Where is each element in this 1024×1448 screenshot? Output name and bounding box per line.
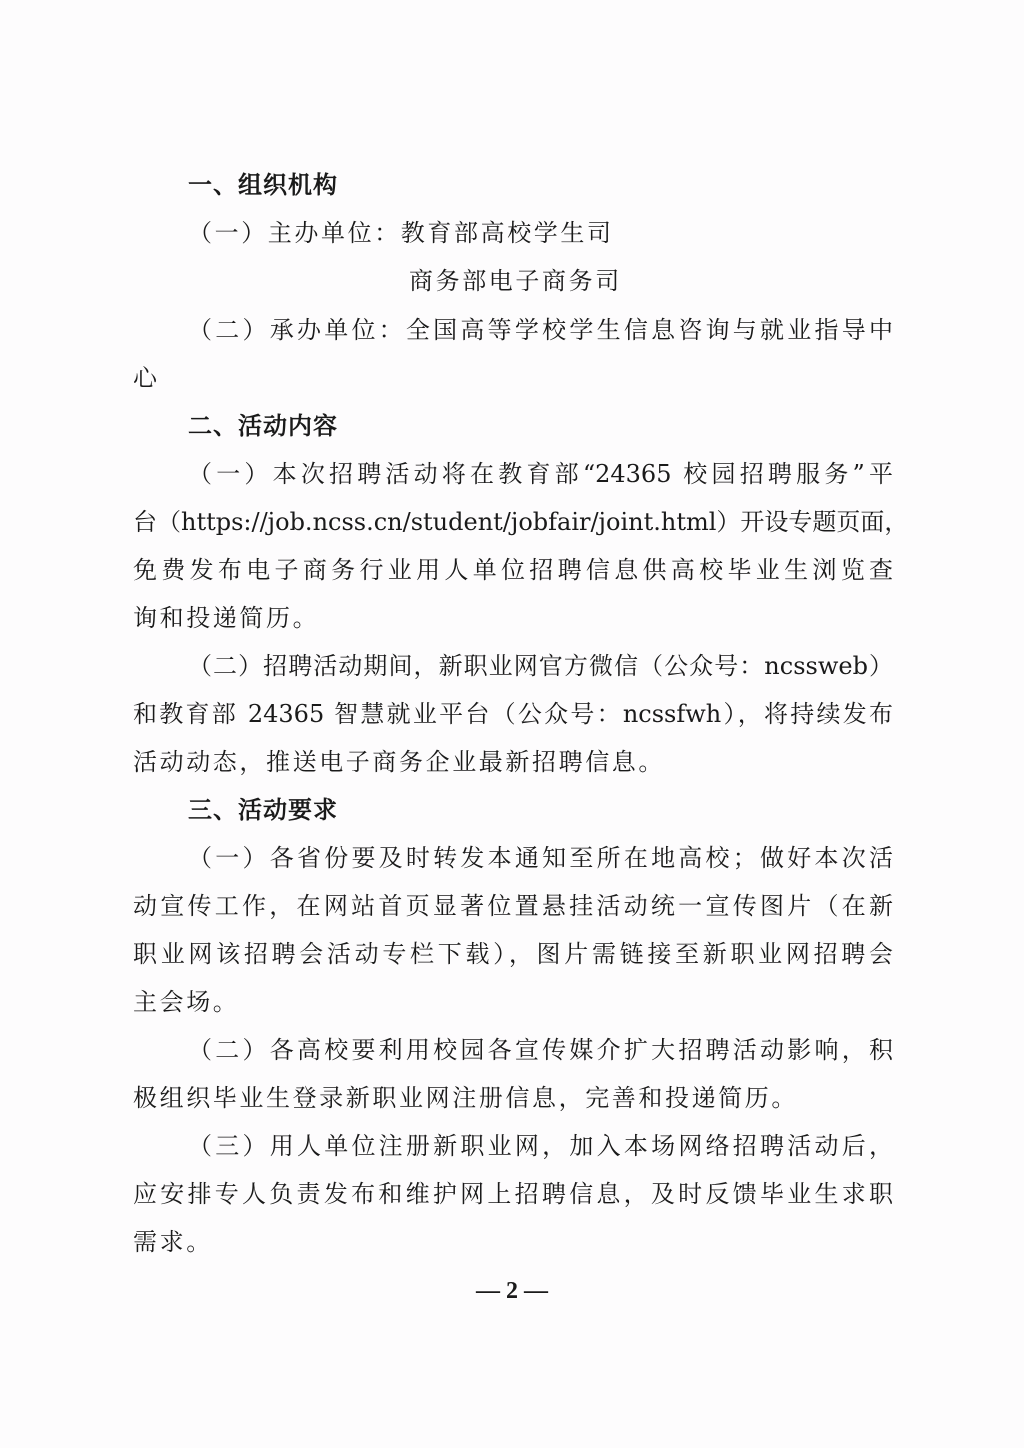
paragraph-line: 职业网该招聘会活动专栏下载），图片需链接至新职业网招聘会: [133, 939, 893, 969]
paragraph-line: 需求。: [133, 1227, 213, 1257]
section-heading-organization: 一、组织机构: [188, 170, 338, 200]
paragraph-line-url: 台（https://job.ncss.cn/student/jobfair/jo…: [133, 507, 893, 537]
section-heading-requirements: 三、活动要求: [188, 795, 338, 825]
section-heading-content: 二、活动内容: [188, 411, 338, 441]
paragraph-line: 主会场。: [133, 987, 239, 1017]
paragraph-line: （三）用人单位注册新职业网，加入本场网络招聘活动后，: [188, 1131, 893, 1161]
paragraph-line: （一）各省份要及时转发本通知至所在地高校；做好本次活: [188, 843, 893, 873]
paragraph-line: （一）本次招聘活动将在教育部“24365 校园招聘服务”平: [188, 459, 893, 489]
co-organizer-line: （二）承办单位：全国高等学校学生信息咨询与就业指导中: [188, 315, 893, 345]
paragraph-line: （二）招聘活动期间，新职业网官方微信（公众号：ncssweb）: [188, 651, 893, 681]
paragraph-line: 极组织毕业生登录新职业网注册信息，完善和投递简历。: [133, 1083, 798, 1113]
organizer-line: （一）主办单位：教育部高校学生司: [188, 218, 614, 248]
paragraph-line: 询和投递简历。: [133, 603, 319, 633]
paragraph-line: 动宣传工作，在网站首页显著位置悬挂活动统一宣传图片（在新: [133, 891, 893, 921]
paragraph-line: 活动动态，推送电子商务企业最新招聘信息。: [133, 747, 665, 777]
co-organizer-line-cont: 心: [133, 363, 160, 393]
paragraph-line: 免费发布电子商务行业用人单位招聘信息供高校毕业生浏览查: [133, 555, 893, 585]
organizer-line-2: 商务部电子商务司: [409, 266, 622, 296]
paragraph-line: 和教育部 24365 智慧就业平台（公众号：ncssfwh），将持续发布: [133, 699, 893, 729]
page-number: — 2 —: [0, 1276, 1024, 1306]
paragraph-line: （二）各高校要利用校园各宣传媒介扩大招聘活动影响，积: [188, 1035, 893, 1065]
paragraph-line: 应安排专人负责发布和维护网上招聘信息，及时反馈毕业生求职: [133, 1179, 893, 1209]
